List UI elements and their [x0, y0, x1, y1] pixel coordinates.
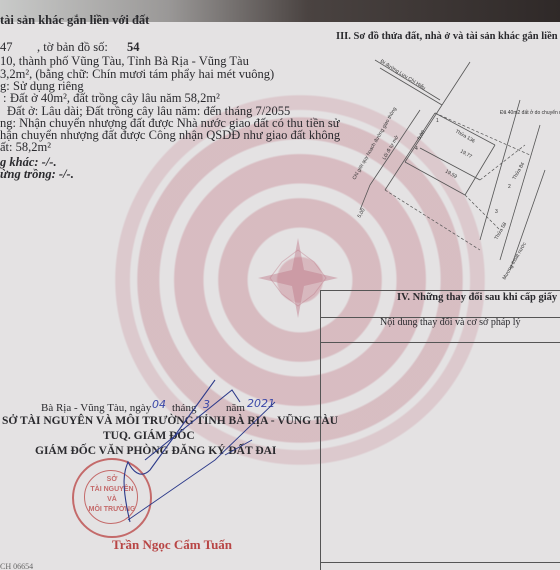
- svg-text:1: 1: [436, 118, 439, 124]
- origin-line-2: hận chuyển nhượng đất được Công nhận QSD…: [0, 129, 340, 142]
- note-label: Đã 40m2 đất ở do chuyển mục đích: [500, 109, 560, 116]
- lane-label: Lối đi tự mở: [381, 134, 401, 161]
- svg-text:19,59: 19,59: [444, 169, 458, 181]
- official-red-stamp: SỞ TÀI NGUYÊN VÀ MÔI TRƯỜNG: [72, 458, 152, 538]
- section3-title: III. Sơ đồ thửa đất, nhà ở và tài sản kh…: [336, 32, 560, 43]
- purpose-value: Đất ở 40m², đất trồng cây lâu năm 58,2m²: [10, 92, 220, 105]
- section4-table: [320, 290, 560, 570]
- purpose-label: :: [3, 92, 6, 105]
- parcel-number: 47: [0, 41, 13, 54]
- month-value: 3: [203, 399, 210, 410]
- svg-text:3: 3: [495, 209, 498, 215]
- svg-text:19,77: 19,77: [459, 149, 473, 161]
- parcel-diagram: Đi đường Lưu Chí Hiếu Chỉ giới quy hoạch…: [330, 50, 560, 280]
- svg-text:5,00: 5,00: [357, 207, 367, 219]
- plantation: ừng trồng: -/-.: [0, 168, 74, 181]
- parcel-58-label: Thửa 58: [493, 221, 509, 241]
- section4-title: IV. Những thay đổi sau khi cấp giấy chứn: [397, 293, 560, 304]
- month-label: tháng: [172, 403, 196, 414]
- section4-column-header: Nội dung thay đổi và cơ sở pháp lý: [380, 318, 521, 328]
- day-value: 04: [152, 399, 166, 410]
- origin-line-3: ất: 58,2m²: [0, 141, 51, 154]
- map-sheet-label: , tờ bản đồ số:: [37, 41, 108, 54]
- on-behalf-label: TUQ. GIÁM ĐỐC: [103, 431, 195, 443]
- map-sheet-value: 54: [127, 41, 140, 54]
- place-date-prefix: Bà Rịa - Vũng Tàu, ngày: [41, 403, 151, 414]
- section4-bottom-line: [320, 562, 560, 563]
- year-value: 2021: [247, 398, 275, 409]
- svg-text:2: 2: [508, 184, 511, 190]
- agency-name: SỞ TÀI NGUYÊN VÀ MÔI TRƯỜNG TỈNH BÀ RỊA …: [2, 416, 338, 428]
- road-label: Đi đường Lưu Chí Hiếu: [379, 59, 427, 92]
- year-label: năm: [226, 403, 245, 414]
- position-title: GIÁM ĐỐC VĂN PHÒNG ĐĂNG KÝ ĐẤT ĐAI: [35, 446, 276, 458]
- canal-label: Mương thoát nước: [502, 241, 529, 280]
- signer-name: Trần Ngọc Cẩm Tuấn: [112, 537, 232, 553]
- section-heading-fragment: tài sản khác gắn liền với đất: [0, 14, 149, 27]
- certificate-serial: CH 06654: [0, 563, 33, 570]
- address: 10, thành phố Vũng Tàu, Tỉnh Bà Rịa - Vũ…: [0, 55, 249, 68]
- svg-text:4: 4: [415, 146, 418, 152]
